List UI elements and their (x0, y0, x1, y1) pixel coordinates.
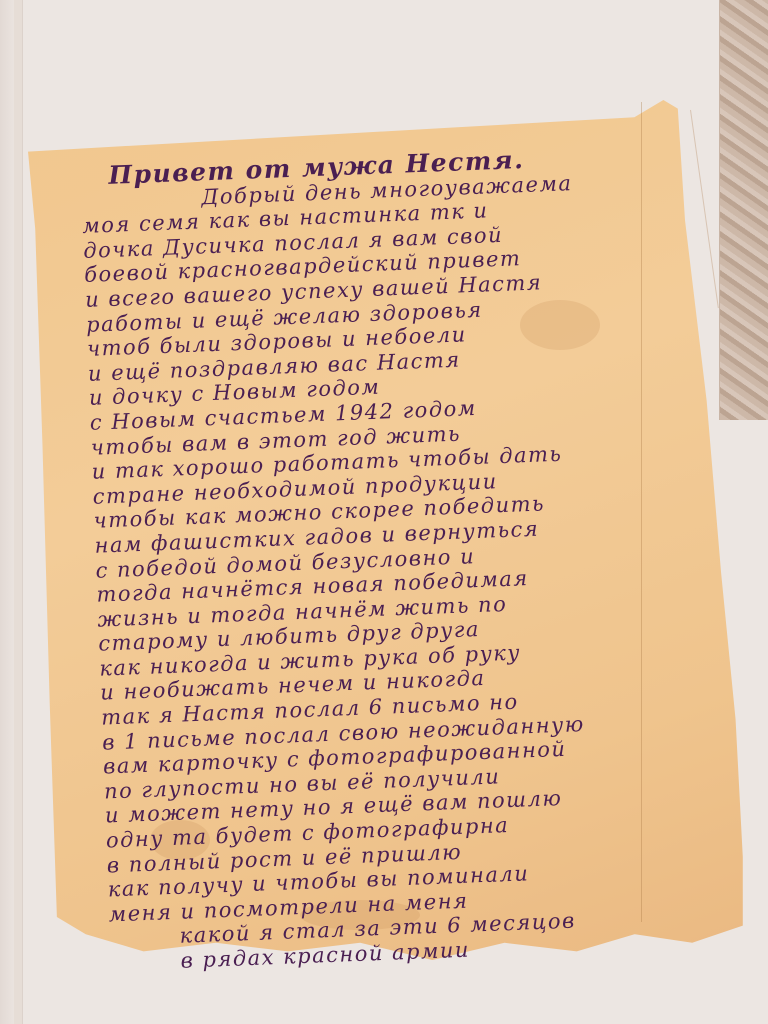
handwritten-letter: Привет от мужа Нестя. Добрый день многоу… (80, 140, 768, 976)
background-page-edge (14, 0, 23, 1024)
